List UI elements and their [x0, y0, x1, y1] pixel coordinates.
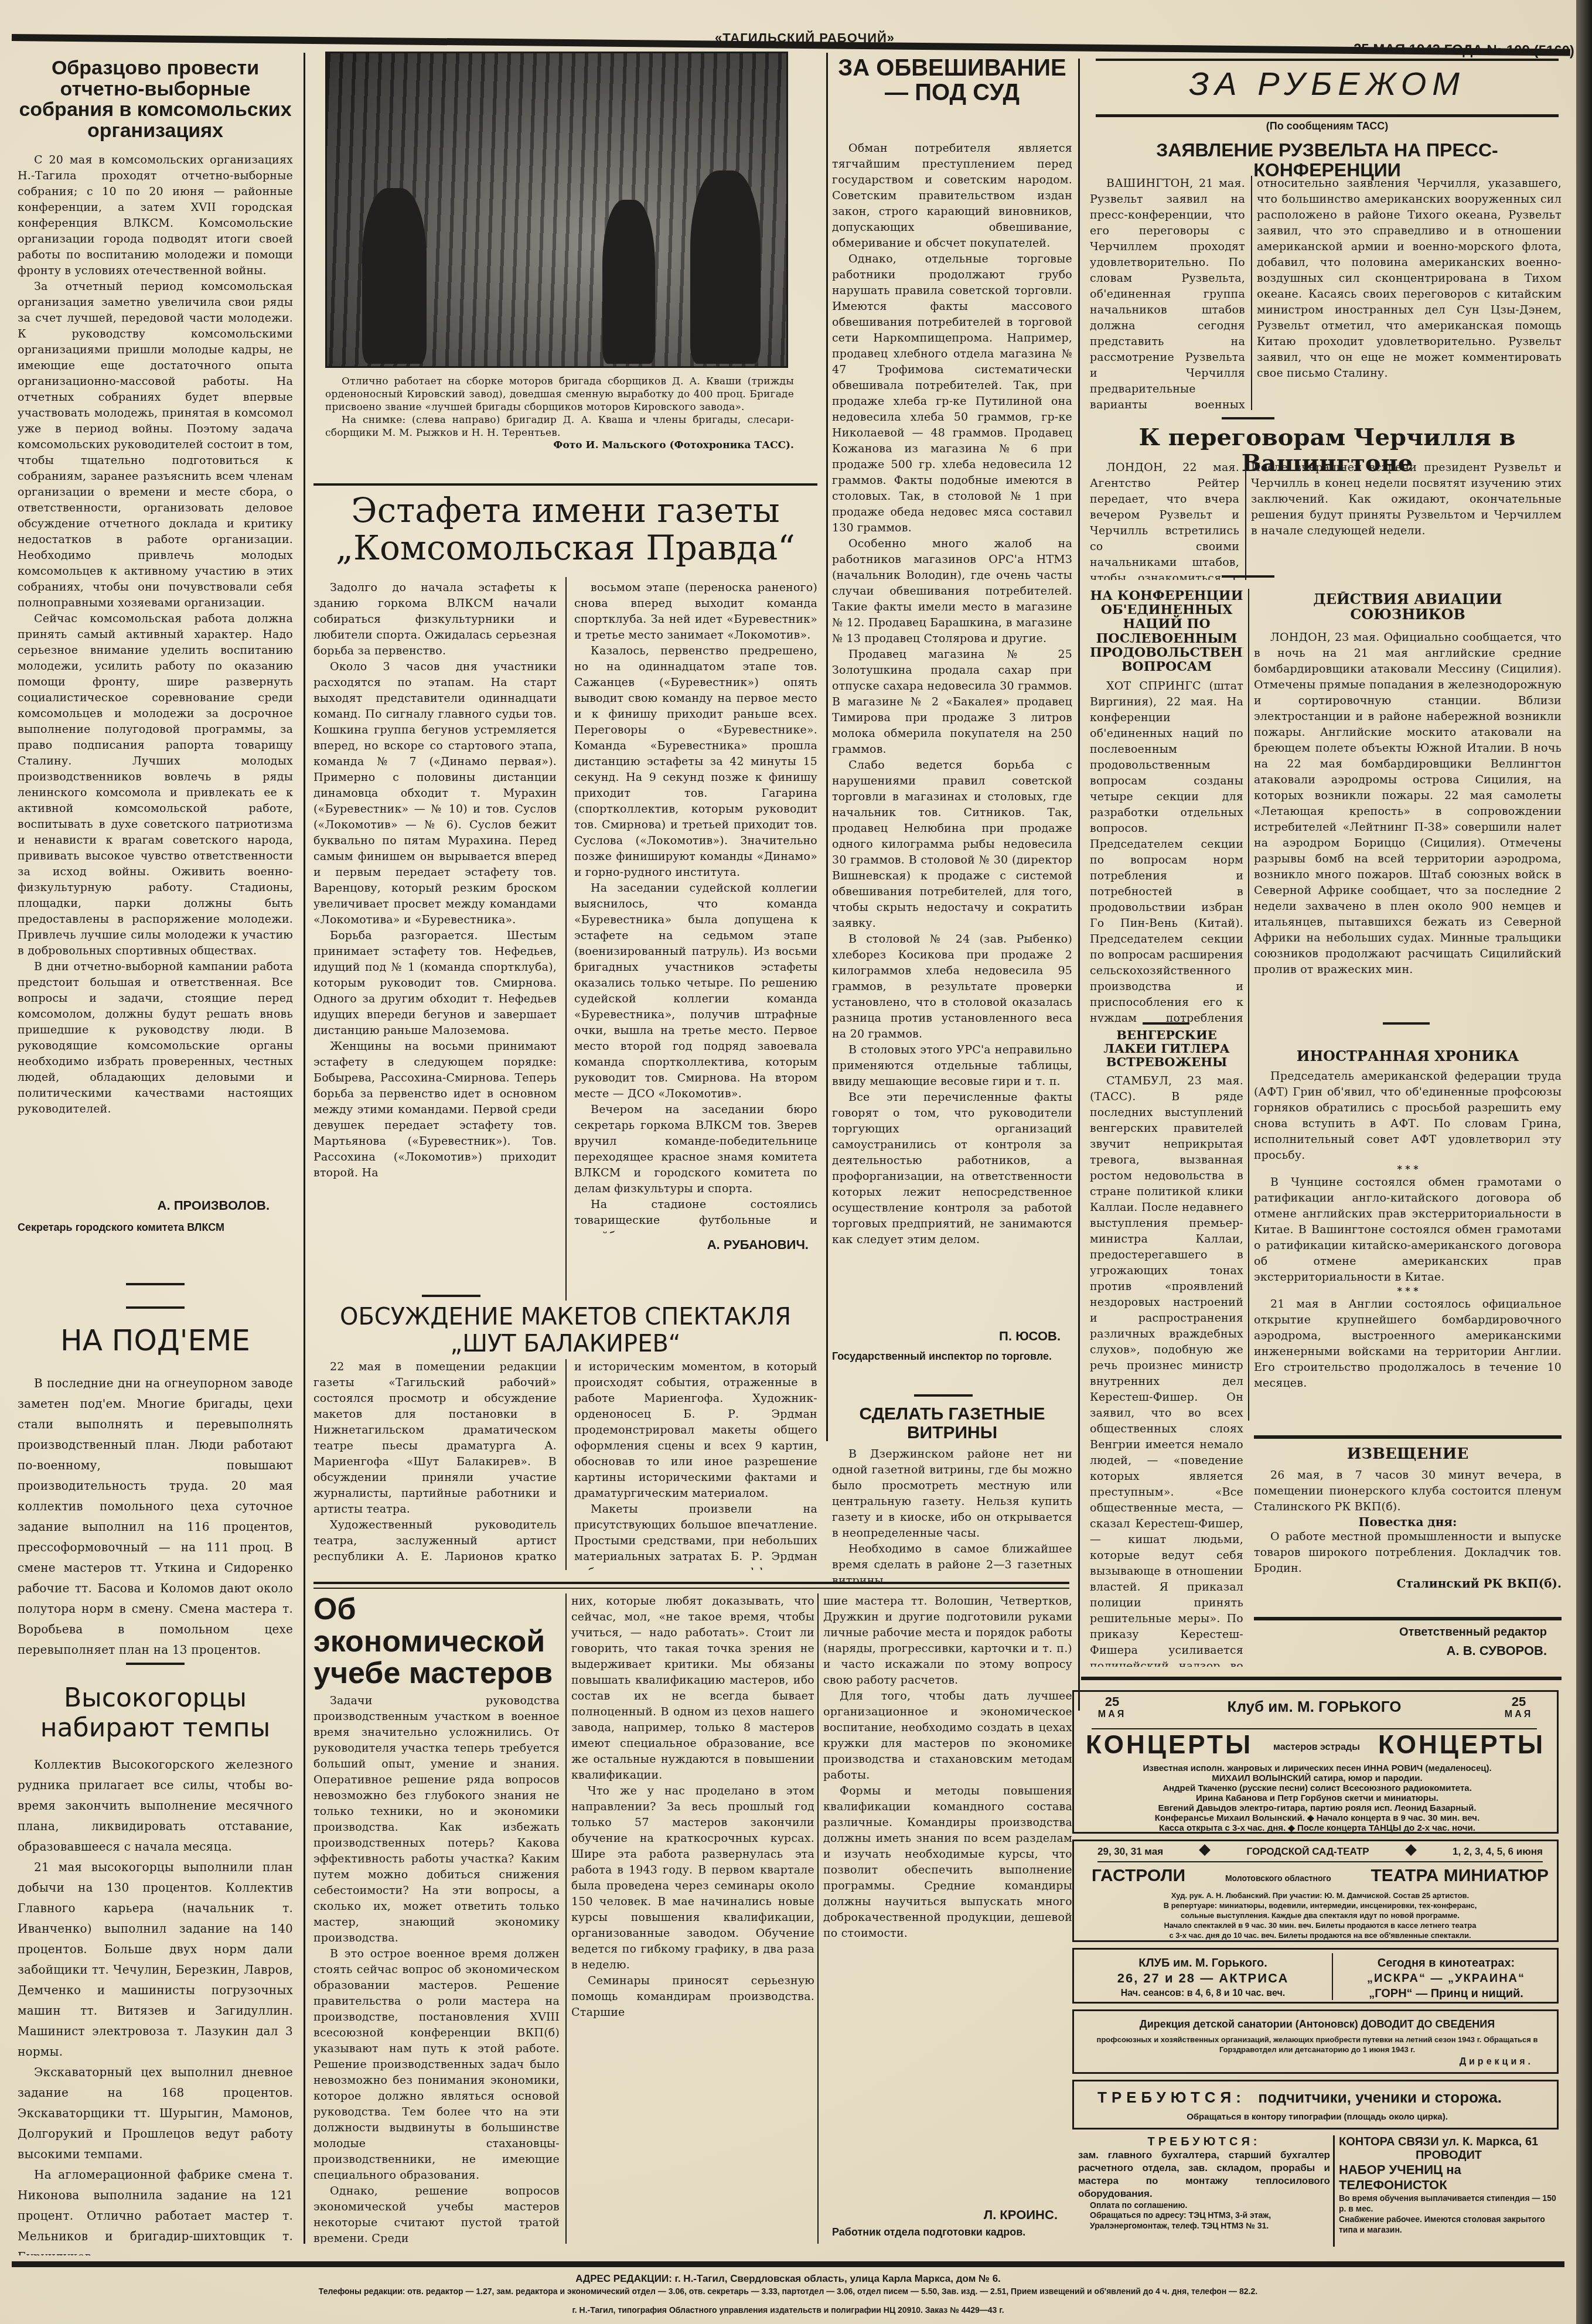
- date-right: 25 МАЯ: [1492, 1694, 1545, 1720]
- column-divider: [565, 1593, 567, 2244]
- column-divider: [817, 1593, 819, 2244]
- line: НАБОР УЧЕНИЦ на ТЕЛЕФОНИСТОК: [1339, 2162, 1559, 2193]
- concert-lines: Известная исполн. жанровых и лирических …: [1086, 1763, 1549, 1833]
- paragraph: Сейчас комсомольская работа должна приня…: [18, 611, 293, 959]
- separator: [126, 1663, 185, 1665]
- paragraph: В Дзержинском районе нет ни одной газетн…: [832, 1446, 1072, 1541]
- title-right: ТЕАТРА МИНИАТЮР: [1371, 1866, 1549, 1886]
- asterisks: * * *: [1254, 1285, 1562, 1296]
- paragraph: шие мастера тт. Волошин, Четвертков, Дру…: [823, 1593, 1072, 1688]
- paragraph: Вечером на заседании бюро секретарь горк…: [574, 1102, 817, 1197]
- footer-address: АДРЕС РЕДАКЦИИ: г. Н.-Тагил, Свердловска…: [12, 2273, 1564, 2285]
- paragraph: и историческим моментом, в который проис…: [574, 1359, 817, 1501]
- separator: [1383, 1022, 1430, 1025]
- ad-sanatorium: Дирекция детской санатории (Антоновск) Д…: [1072, 2009, 1559, 2074]
- headline-on-the-rise: НА ПОД'ЕМЕ: [18, 1324, 293, 1358]
- diamond-icon: [1199, 1844, 1211, 1856]
- article-komsomol: Образцово провести отчетно-выборные собр…: [18, 56, 293, 1139]
- paragraph: ВАШИНГТОН, 21 мая. Рузвельт заявил на пр…: [1090, 176, 1245, 410]
- paragraph: На стадионе состоялись товарищеские футб…: [574, 1197, 817, 1233]
- theatre-headline: ОБСУЖДЕНИЕ МАКЕТОВ СПЕКТАКЛЯ „ШУТ БАЛАКИ…: [313, 1303, 817, 1365]
- photo-caption: Отлично работает на сборке моторов брига…: [325, 375, 794, 475]
- line: 26, 27 и 28 — АКТРИСА: [1080, 1971, 1326, 1986]
- pay: Оплата по соглашению.: [1078, 2200, 1330, 2210]
- masters-col-c: шие мастера тт. Волошин, Четвертков, Дру…: [823, 1593, 1072, 2179]
- headline: НА КОНФЕРЕНЦИИ ОБ'ЕДИНЕННЫХ НАЦИЙ ПО ПОС…: [1090, 589, 1243, 674]
- paragraph: Задачи руководства производственным учас…: [313, 1693, 560, 1946]
- divider: [1081, 1677, 1562, 1680]
- concert-title: КОНЦЕРТЫ: [1378, 1731, 1545, 1760]
- date-day: 25: [1492, 1694, 1545, 1709]
- paragraph: На заседании судейской коллегии выяснило…: [574, 881, 817, 1102]
- caption-text: На снимке: (слева направо) бригадир Д. А…: [325, 414, 794, 439]
- author: А. ПРОИЗВОЛОВ.: [18, 1198, 293, 1213]
- line: сольные выступления. Каждые два спектакл…: [1092, 1910, 1549, 1920]
- concert-subtitle: мастеров эстрады: [1273, 1742, 1360, 1753]
- author-title: Секретарь городского комитета ВЛКСМ: [18, 1221, 293, 1234]
- concert-title: КОНЦЕРТЫ: [1086, 1731, 1253, 1760]
- paragraph: После вчерашней встречи президент Рузвел…: [1251, 460, 1562, 539]
- paragraph: Продавец магазина № 25 Золотушкина прода…: [832, 647, 1072, 757]
- theatre-col-a: 22 мая в помещении редакции газеты «Таги…: [313, 1359, 557, 1570]
- relay-col-a: Задолго до начала эстафеты к зданию горк…: [313, 580, 557, 1298]
- author-title: Работник отдела подготовки кадров.: [832, 2226, 1078, 2238]
- headline-vysokogortsy: Высокогорцы набирают темпы: [18, 1684, 293, 1743]
- separator: [1222, 575, 1274, 578]
- line: Начало спектаклей в 9 час. 30 мин. веч. …: [1092, 1920, 1549, 1930]
- org: КОНТОРА СВЯЗИ ул. К. Маркса, 61: [1339, 2135, 1559, 2149]
- worker-figure: [362, 188, 427, 364]
- paragraph: Необходимо в самое ближайшее время сдела…: [832, 1541, 1072, 1582]
- roosevelt-col-a: ВАШИНГТОН, 21 мая. Рузвельт заявил на пр…: [1090, 176, 1245, 410]
- divider: [1097, 1861, 1543, 1862]
- headline-line: Эстафета имени газеты: [313, 492, 817, 530]
- text: зам. главного бухгалтера, старший бухгал…: [1078, 2149, 1330, 2200]
- photo-motor-assembly: [325, 52, 788, 368]
- paragraph: ХОТ СПРИНГС (штат Виргиния), 22 мая. На …: [1090, 678, 1243, 1022]
- hungary-article: ВЕНГЕРСКИЕ ЛАКЕИ ГИТЛЕРА ВСТРЕВОЖЕНЫ СТА…: [1090, 1028, 1243, 1667]
- relay-col-b: восьмом этапе (переноска раненого) снова…: [574, 580, 817, 1233]
- paragraph: Слабо ведется борьба с нарушениями прави…: [832, 757, 1072, 931]
- paragraph: 26 мая, в 7 часов 30 минут вечера, в пом…: [1254, 1468, 1562, 1515]
- headline-line: „Комсомольская Правда“: [313, 530, 817, 567]
- newspaper-page: «ТАГИЛЬСКИЙ РАБОЧИЙ» 25 МАЯ 1943 ГОДА № …: [0, 0, 1576, 2324]
- paragraph: Семинары приносят серьезную помощь коман…: [571, 1973, 814, 2021]
- miniatures-title-row: ГАСТРОЛИ Молотовского областного ТЕАТРА …: [1092, 1866, 1549, 1886]
- miniatures-lines: Худ. рук. А. Н. Любанский. При участии: …: [1092, 1890, 1549, 1940]
- paragraph: В столовой № 24 (зав. Рыбенко) хлеборез …: [832, 931, 1072, 1042]
- dates-right: 1, 2, 3, 4, 5, 6 июня: [1453, 1846, 1543, 1858]
- line: Во время обучения выплачивается стипенди…: [1339, 2193, 1559, 2214]
- headline-roosevelt: ЗАЯВЛЕНИЕ РУЗВЕЛЬТА НА ПРЕСС-КОНФЕРЕНЦИИ: [1096, 141, 1559, 180]
- paragraph: Формы и методы повышения квалификации ко…: [823, 1783, 1072, 1941]
- paragraph: 21 мая в Англии состоялось официальное о…: [1254, 1296, 1562, 1391]
- line: Снабжение рабочее. Имеются столовая закр…: [1339, 2214, 1559, 2235]
- paragraph: Коллектив Высокогорского железного рудни…: [18, 1755, 293, 1857]
- weighing-body: Обман потребителя является тягчайшим пре…: [832, 141, 1072, 1301]
- churchill-col-a: ЛОНДОН, 22 мая. Агентство Рейтер передае…: [1090, 460, 1239, 580]
- churchill-col-b: После вчерашней встречи президент Рузвел…: [1251, 460, 1562, 580]
- divider: [313, 1588, 1069, 1589]
- column-divider: [1248, 589, 1249, 1421]
- column-divider: [565, 577, 567, 1301]
- paragraph: Художественный руководитель театра, засл…: [313, 1517, 557, 1570]
- headline: ИЗВЕЩЕНИЕ: [1254, 1446, 1562, 1463]
- line: Ирина Кабанова и Петр Горбунов скетчи и …: [1086, 1793, 1549, 1803]
- paragraph: В столовых этого УРС'а неправильно приме…: [832, 1042, 1072, 1090]
- headline-line: ОБСУЖДЕНИЕ МАКЕТОВ СПЕКТАКЛЯ: [313, 1303, 817, 1330]
- headline: СДЕЛАТЬ ГАЗЕТНЫЕ ВИТРИНЫ: [832, 1405, 1072, 1442]
- line: В репертуаре: миниатюры, водевили, интер…: [1092, 1900, 1549, 1910]
- paragraph: Около 3 часов дня участники расходятся п…: [313, 659, 557, 928]
- diamond-icon: [1405, 1844, 1417, 1856]
- paragraph: Однако, отдельные торговые работники про…: [832, 251, 1072, 536]
- separator: [422, 1295, 480, 1297]
- paragraph: 22 мая в помещении редакции газеты «Таги…: [313, 1359, 557, 1517]
- paragraph: На агломерационной фабрике смена т. Нико…: [18, 2165, 293, 2255]
- cinema-right: Сегодня в кинотеатрах: „ИСКРА“ — „УКРАИН…: [1341, 1956, 1552, 2001]
- headline-komsomol: Образцово провести отчетно-выборные собр…: [18, 58, 293, 142]
- author: П. ЮСОВ.: [832, 1329, 1061, 1344]
- dates-left: 29, 30, 31 мая: [1097, 1846, 1163, 1858]
- column-divider: [1245, 463, 1246, 580]
- headline-line: „ШУТ БАЛАКИРЕВ“: [313, 1330, 817, 1357]
- footer-phones: Телефоны редакции: отв. редактор — 1.27,…: [12, 2287, 1564, 2296]
- line: ПРОВОДИТ: [1339, 2149, 1559, 2162]
- paragraph: Однако, решение вопросов экономической у…: [313, 2183, 560, 2244]
- column-divider: [826, 53, 828, 1441]
- ad-telephone: КОНТОРА СВЯЗИ ул. К. Маркса, 61 ПРОВОДИТ…: [1339, 2135, 1559, 2241]
- article-on-the-rise: НА ПОД'ЕМЕ В последние дни на огнеупорно…: [18, 1318, 293, 1664]
- masters-col-a: Задачи руководства производственным учас…: [313, 1693, 560, 2244]
- title: Сегодня в кинотеатрах:: [1341, 1956, 1552, 1971]
- editor-label: Ответственный редактор: [1254, 1626, 1547, 1639]
- worker-figure: [690, 170, 761, 364]
- title-left: ГАСТРОЛИ: [1092, 1866, 1185, 1886]
- paragraph: Казалось, первенство предрешено, но на о…: [574, 643, 817, 881]
- separator: [1143, 1022, 1189, 1025]
- line: Худ. рук. А. Н. Любанский. При участии: …: [1092, 1890, 1549, 1900]
- column-divider: [1078, 59, 1080, 1711]
- paragraph: Борьба разгорается. Шестым принимает эст…: [313, 928, 557, 1039]
- date-month: МАЯ: [1086, 1709, 1138, 1720]
- headline: ВЕНГЕРСКИЕ ЛАКЕИ ГИТЛЕРА ВСТРЕВОЖЕНЫ: [1090, 1028, 1243, 1069]
- separator: [1222, 417, 1274, 419]
- paragraph: СТАМБУЛ, 23 мая. (ТАСС). В ряде последни…: [1090, 1073, 1243, 1667]
- divider: [1096, 114, 1559, 117]
- notice: ИЗВЕЩЕНИЕ 26 мая, в 7 часов 30 минут веч…: [1254, 1441, 1562, 1617]
- date-day: 25: [1086, 1694, 1138, 1709]
- paragraph: В дни отчетно-выборной кампании работа п…: [18, 959, 293, 1117]
- photo-credit: Фото И. Мальского (Фотохроника ТАСС).: [325, 439, 794, 451]
- paragraph: Женщины на восьми принимают эстафету в с…: [313, 1039, 557, 1181]
- paragraph: В последние дни на огнеупорном заводе за…: [18, 1373, 293, 1660]
- paragraph: Обман потребителя является тягчайшим пре…: [832, 141, 1072, 251]
- divider: [1254, 1617, 1562, 1620]
- paragraph: Все эти перечисленные факты говорят о то…: [832, 1090, 1072, 1248]
- ad-concert: 25 МАЯ Клуб им. М. ГОРЬКОГО 25 МАЯ КОНЦЕ…: [1072, 1690, 1559, 1834]
- divider: [1333, 2135, 1335, 2247]
- paragraph: Особенно много жалоб на работников магаз…: [832, 536, 1072, 647]
- ad-wanted-typography: ТРЕБУЮТСЯ: подчитчики, ученики и сторожа…: [1072, 2080, 1559, 2130]
- separator: [126, 1306, 185, 1309]
- signature: Сталинский РК ВКП(б).: [1254, 1576, 1562, 1591]
- source-label: (По сообщениям ТАСС): [1096, 120, 1559, 132]
- title-mid: Молотовского областного: [1225, 1873, 1331, 1883]
- author: Л. КРОИНС.: [823, 2207, 1058, 2223]
- line: с 3-х час. дня до 10 час. веч. Билеты пр…: [1092, 1930, 1549, 1940]
- asterisks: * * *: [1254, 1163, 1562, 1175]
- food-conference: НА КОНФЕРЕНЦИИ ОБ'ЕДИНЕННЫХ НАЦИЙ ПО ПОС…: [1090, 589, 1243, 1022]
- headline: ИНОСТРАННАЯ ХРОНИКА: [1254, 1049, 1562, 1064]
- paragraph: восьмом этапе (переноска раненого) снова…: [574, 580, 817, 643]
- divider: [313, 483, 817, 486]
- paragraph: О работе местной промышленности и выпуск…: [1254, 1529, 1562, 1576]
- ad-wanted-tec: ТРЕБУЮТСЯ: зам. главного бухгалтера, ста…: [1078, 2135, 1330, 2247]
- paragraph: них, которые любят доказывать, что сейча…: [571, 1593, 814, 1783]
- issue-dateline: 25 МАЯ 1943 ГОДА № 109 (5160): [1354, 41, 1574, 59]
- footer-print: г. Н.-Тагил, типография Областного управ…: [12, 2305, 1564, 2315]
- masthead-title: «ТАГИЛЬСКИЙ РАБОЧИЙ»: [715, 30, 895, 46]
- text: подчитчики, ученики и сторожа.: [1258, 2088, 1502, 2106]
- relay-headline: Эстафета имени газеты „Комсомольская Пра…: [313, 492, 817, 574]
- author-title: Государственный инспектор по торговле.: [832, 1350, 1066, 1363]
- headline: ЗА ОБВЕШИВАНИЕ — ПОД СУД: [832, 56, 1072, 105]
- paragraph: Председатель американской федерации труд…: [1254, 1069, 1562, 1163]
- column-divider: [1251, 176, 1252, 410]
- author: А. РУБАНОВИЧ.: [574, 1237, 809, 1253]
- title: ТРЕБУЮТСЯ:: [1097, 2088, 1246, 2106]
- paragraph: В Чунцине состоялся обмен грамотами о ра…: [1254, 1175, 1562, 1285]
- line: Касса открыта с 3-х час. дня. ◆ После ко…: [1086, 1823, 1549, 1833]
- masters-headline: Об экономической учебе мастеров: [313, 1593, 560, 1693]
- paragraph: ЛОНДОН, 22 мая. Агентство Рейтер передае…: [1090, 460, 1239, 580]
- line: „ГОРН“ — Принц и нищий.: [1341, 1986, 1552, 2001]
- masters-col-b: них, которые любят доказывать, что сейча…: [571, 1593, 814, 2244]
- abroad-banner: ЗА РУБЕЖОМ: [1096, 59, 1559, 117]
- paragraph: Экскаваторный цех выполнил дневное задан…: [18, 2062, 293, 2165]
- paragraph: ЛОНДОН, 23 мая. Официально сообщается, ч…: [1254, 630, 1562, 978]
- line: Конферансье Михаил Волынский. ◆ Начало к…: [1086, 1813, 1549, 1823]
- date-left: 25 МАЯ: [1086, 1694, 1138, 1720]
- column-divider: [304, 53, 305, 2244]
- paragraph: относительно заявления Черчилля, указавш…: [1257, 176, 1562, 381]
- headline: ДЕЙСТВИЯ АВИАЦИИ СОЮЗНИКОВ: [1254, 592, 1562, 623]
- line: Известная исполн. жанровых и лирических …: [1086, 1763, 1549, 1773]
- line: „ИСКРА“ — „УКРАИНА“: [1341, 1971, 1552, 1986]
- line: Евгений Давыдов электро-гитара, партию р…: [1086, 1803, 1549, 1813]
- divider: [1332, 1953, 1333, 2000]
- line: МИХАИЛ ВОЛЫНСКИЙ сатира, юмор и пародии.: [1086, 1773, 1549, 1783]
- line: Обращаться в контору типографии (площадь…: [1086, 2112, 1549, 2122]
- page-edge: [1576, 0, 1592, 2324]
- vitrines-article: СДЕЛАТЬ ГАЗЕТНЫЕ ВИТРИНЫ В Дзержинском р…: [832, 1400, 1072, 1582]
- paragraph: Задолго до начала эстафеты к зданию горк…: [313, 580, 557, 659]
- separator: [914, 1394, 973, 1397]
- divider: [313, 1582, 1069, 1584]
- banner-title: ЗА РУБЕЖОМ: [1096, 67, 1559, 101]
- line: Нач. сеансов: в 4, 6, 8 и 10 час. веч.: [1080, 1986, 1326, 2001]
- roosevelt-col-b: относительно заявления Черчилля, указавш…: [1257, 176, 1562, 410]
- article-vysokogortsy: Высокогорцы набирают темпы Коллектив Выс…: [18, 1675, 293, 2255]
- worker-figure: [602, 200, 655, 364]
- address: Обращаться по адресу: ТЭЦ НТМЗ, 3-й этаж…: [1078, 2210, 1330, 2231]
- venue: Клуб им. М. ГОРЬКОГО: [1144, 1698, 1484, 1716]
- paragraph: С 20 мая в комсомольских организациях Н.…: [18, 152, 293, 279]
- cinema-left: КЛУБ им. М. Горького. 26, 27 и 28 — АКТР…: [1080, 1956, 1326, 2001]
- wanted-row: ТРЕБУЮТСЯ: подчитчики, ученики и сторожа…: [1097, 2088, 1502, 2107]
- venue: ГОРОДСКОЙ САД-ТЕАТР: [1247, 1846, 1369, 1858]
- title: ТРЕБУЮТСЯ:: [1078, 2135, 1330, 2149]
- editor-name: А. В. СУВОРОВ.: [1254, 1643, 1547, 1658]
- signature-block: А. ПРОИЗВОЛОВ. Секретарь городского коми…: [18, 1139, 293, 1274]
- paragraph: Для того, чтобы дать лучшее организацион…: [823, 1688, 1072, 1783]
- date-month: МАЯ: [1492, 1709, 1545, 1720]
- paragraph: 21 мая высокогорцы выполнили план добычи…: [18, 1857, 293, 2062]
- separator: [126, 1283, 185, 1285]
- line: Андрей Ткаченко (русские песни) солист В…: [1086, 1783, 1549, 1793]
- title: КЛУБ им. М. Горького.: [1080, 1956, 1326, 1971]
- caption-text: Отлично работает на сборке моторов брига…: [325, 375, 794, 414]
- line: профсоюзных и хозяйственных организаций,…: [1086, 2035, 1549, 2055]
- line: Дирекция детской санатории (Антоновск) Д…: [1086, 2018, 1549, 2030]
- ad-cinemas: КЛУБ им. М. Горького. 26, 27 и 28 — АКТР…: [1072, 1948, 1559, 2004]
- footer-rule: [12, 2261, 1564, 2267]
- paragraph: Макеты произвели на присутствующих больш…: [574, 1501, 817, 1570]
- paragraph: За отчетный период комсомольская организ…: [18, 279, 293, 611]
- agenda-label: Повестка дня:: [1254, 1515, 1562, 1529]
- headline: Об экономической учебе мастеров: [313, 1593, 560, 1690]
- foreign-chronicle: ИНОСТРАННАЯ ХРОНИКА Председатель америка…: [1254, 1049, 1562, 1429]
- miniatures-header: 29, 30, 31 мая ГОРОДСКОЙ САД-ТЕАТР 1, 2,…: [1097, 1846, 1543, 1858]
- allied-aviation: ДЕЙСТВИЯ АВИАЦИИ СОЮЗНИКОВ ЛОНДОН, 23 ма…: [1254, 592, 1562, 1011]
- paragraph: В это острое военное время должен стоять…: [313, 1946, 560, 2183]
- signature: Дирекция.: [1460, 2057, 1533, 2067]
- paragraph: Что же у нас проделано в этом направлени…: [571, 1783, 814, 1973]
- theatre-col-b: и историческим моментом, в который проис…: [574, 1359, 817, 1570]
- divider: [1254, 1435, 1562, 1439]
- ad-miniatures: 29, 30, 31 мая ГОРОДСКОЙ САД-ТЕАТР 1, 2,…: [1072, 1840, 1559, 1942]
- weighing-headline: ЗА ОБВЕШИВАНИЕ — ПОД СУД: [832, 56, 1072, 138]
- column-divider: [565, 1359, 567, 1570]
- divider: [1092, 1728, 1537, 1729]
